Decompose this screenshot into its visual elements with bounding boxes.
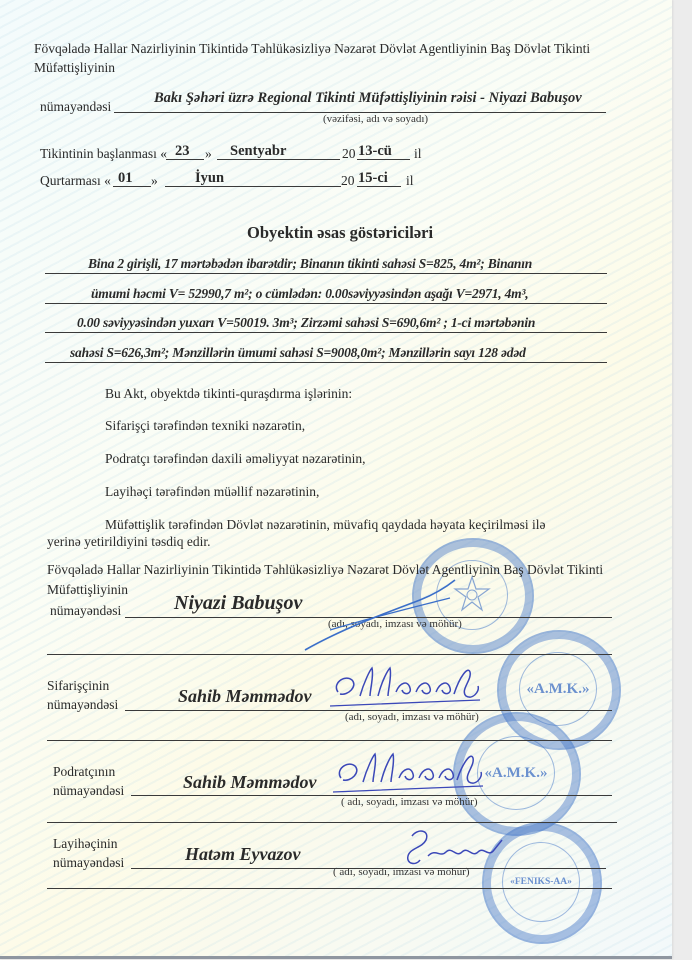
end-year: 15-ci <box>358 170 388 187</box>
designer-label-1: Layihəçinin <box>53 836 117 852</box>
agency-line-2: Müfəttişliyinin <box>34 60 115 76</box>
agency-line-1: Fövqəladə Hallar Nazirliyinin Tikintidə … <box>34 41 590 57</box>
customer-underline-2 <box>47 740 612 741</box>
inspectorate-signature <box>300 570 460 655</box>
designer-underline-2 <box>47 888 612 889</box>
indicator-line-3: 0.00 səviyyəsindən yuxarı V=50019. 3m³; … <box>77 315 535 331</box>
act-final-line-2: yerinə yetirildiyini təsdiq edir. <box>47 534 210 550</box>
indicators-title: Obyektin əsas göstəriciləri <box>247 223 433 243</box>
indicator-underline-3 <box>45 332 607 333</box>
customer-hint: (adı, soyadı, imzası və möhür) <box>345 711 479 723</box>
inspectorate-underline-2 <box>47 654 612 655</box>
act-final-line-1: Müfəttişlik tərəfindən Dövlət nəzarətini… <box>105 517 545 533</box>
representative-label: nümayəndəsi <box>40 99 111 115</box>
indicator-line-2: ümumi həcmi V= 52990,7 m²; o cümlədən: 0… <box>91 286 528 302</box>
indicator-line-1: Bina 2 girişli, 17 mərtəbədən ibarətdir;… <box>88 256 532 272</box>
document-page: Fövqəladə Hallar Nazirliyinin Tikintidə … <box>0 0 672 959</box>
indicator-underline-1 <box>45 273 607 274</box>
act-item-designer: Layihəçi tərəfindən müəllif nəzarətinin, <box>105 484 319 500</box>
indicator-underline-4 <box>45 362 607 363</box>
contractor-label-1: Podratçının <box>53 764 115 780</box>
start-month: Sentyabr <box>230 143 286 160</box>
start-year-prefix: 20 <box>342 146 356 162</box>
end-year-prefix: 20 <box>341 173 355 189</box>
end-day: 01 <box>118 170 133 187</box>
act-item-contractor: Podratçı tərəfindən daxili əməliyyat nəz… <box>105 451 366 467</box>
start-close-quote: » <box>205 146 212 162</box>
indicator-line-4: sahəsi S=626,3m²; Mənzillərin ümumi sahə… <box>70 345 526 361</box>
designer-name: Hatəm Eyvazov <box>185 844 300 865</box>
representative-hint: (vəzifəsi, adı və soyadı) <box>323 113 428 125</box>
customer-signature <box>330 662 520 712</box>
act-item-customer: Sifarişçi tərəfindən texniki nəzarətin, <box>105 418 305 434</box>
customer-name: Sahib Məmmədov <box>178 686 312 707</box>
representative-value: Bakı Şəhəri üzrə Regional Tikinti Müfətt… <box>154 90 582 107</box>
end-year-suffix: il <box>406 173 414 189</box>
start-day: 23 <box>175 143 190 160</box>
end-month: İyun <box>195 170 224 187</box>
contractor-name: Sahib Məmmədov <box>183 772 317 793</box>
indicator-underline-2 <box>45 303 607 304</box>
start-year: 13-cü <box>358 143 392 160</box>
contractor-signature <box>333 748 523 798</box>
customer-label-1: Sifarişçinin <box>47 678 109 694</box>
designer-hint: ( adı, soyadı, imzası və möhür) <box>333 866 470 878</box>
sign-agency-line-2: Müfəttişliyinin <box>47 582 128 598</box>
inspectorate-name: Niyazi Babuşov <box>174 592 302 615</box>
end-label: Qurtarması « <box>40 173 111 189</box>
contractor-underline-2 <box>47 822 617 823</box>
inspectorate-label: nümayəndəsi <box>50 603 121 619</box>
act-intro: Bu Akt, obyektdə tikinti-quraşdırma işlə… <box>105 386 352 402</box>
customer-label-2: nümayəndəsi <box>47 697 118 713</box>
contractor-label-2: nümayəndəsi <box>53 783 124 799</box>
start-year-suffix: il <box>414 146 422 162</box>
contractor-hint: ( adı, soyadı, imzası və möhür) <box>341 796 478 808</box>
start-label: Tikintinin başlanması « <box>40 146 167 162</box>
designer-label-2: nümayəndəsi <box>53 855 124 871</box>
end-month-underline <box>165 186 341 187</box>
designer-stamp-text: «FENIKS-AA» <box>502 842 580 922</box>
end-close-quote: » <box>151 173 158 189</box>
